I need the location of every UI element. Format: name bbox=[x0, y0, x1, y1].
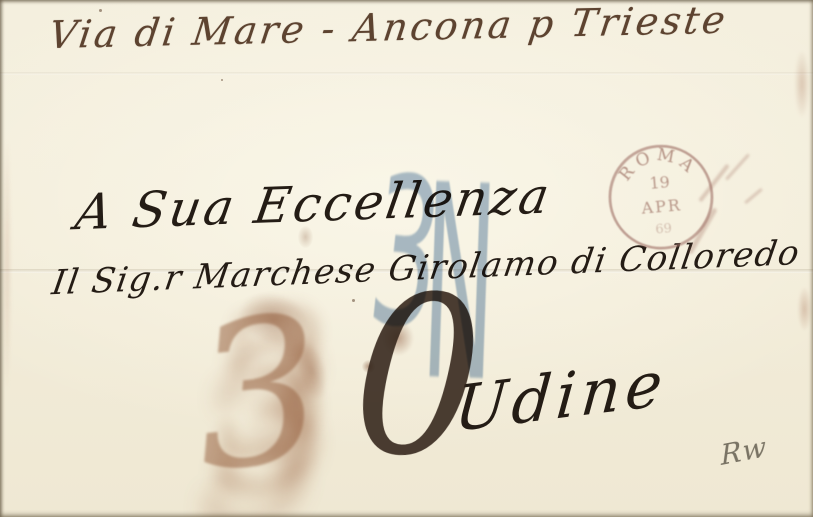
ghost-postmark-smudge bbox=[725, 153, 750, 180]
ink-speck bbox=[221, 79, 223, 81]
fold-crease-top bbox=[0, 72, 813, 75]
pencil-expert-mark: Rw bbox=[720, 433, 768, 470]
address-recipient-honorific: A Sua Eccellenza bbox=[72, 171, 555, 237]
roma-datestamp: ROMA 19 APR 69 bbox=[593, 131, 730, 268]
routing-note-handwriting: Via di Mare - Ancona p Trieste bbox=[47, 1, 731, 55]
datestamp-month: APR bbox=[640, 195, 683, 218]
rate-digit-3: 3 bbox=[185, 289, 332, 501]
postal-cover-scan: Via di Mare - Ancona p Trieste ROMA 19 A… bbox=[0, 0, 813, 517]
rate-digit-0: 0 bbox=[349, 265, 488, 491]
edge-stain bbox=[798, 288, 811, 330]
datestamp-day: 19 bbox=[649, 172, 671, 193]
datestamp-year: 69 bbox=[655, 221, 673, 237]
edge-stain bbox=[795, 52, 809, 116]
manuscript-rate-30: 3 0 bbox=[185, 272, 492, 501]
ghost-postmark-smudge bbox=[744, 188, 763, 204]
edge-stain bbox=[3, 140, 11, 390]
